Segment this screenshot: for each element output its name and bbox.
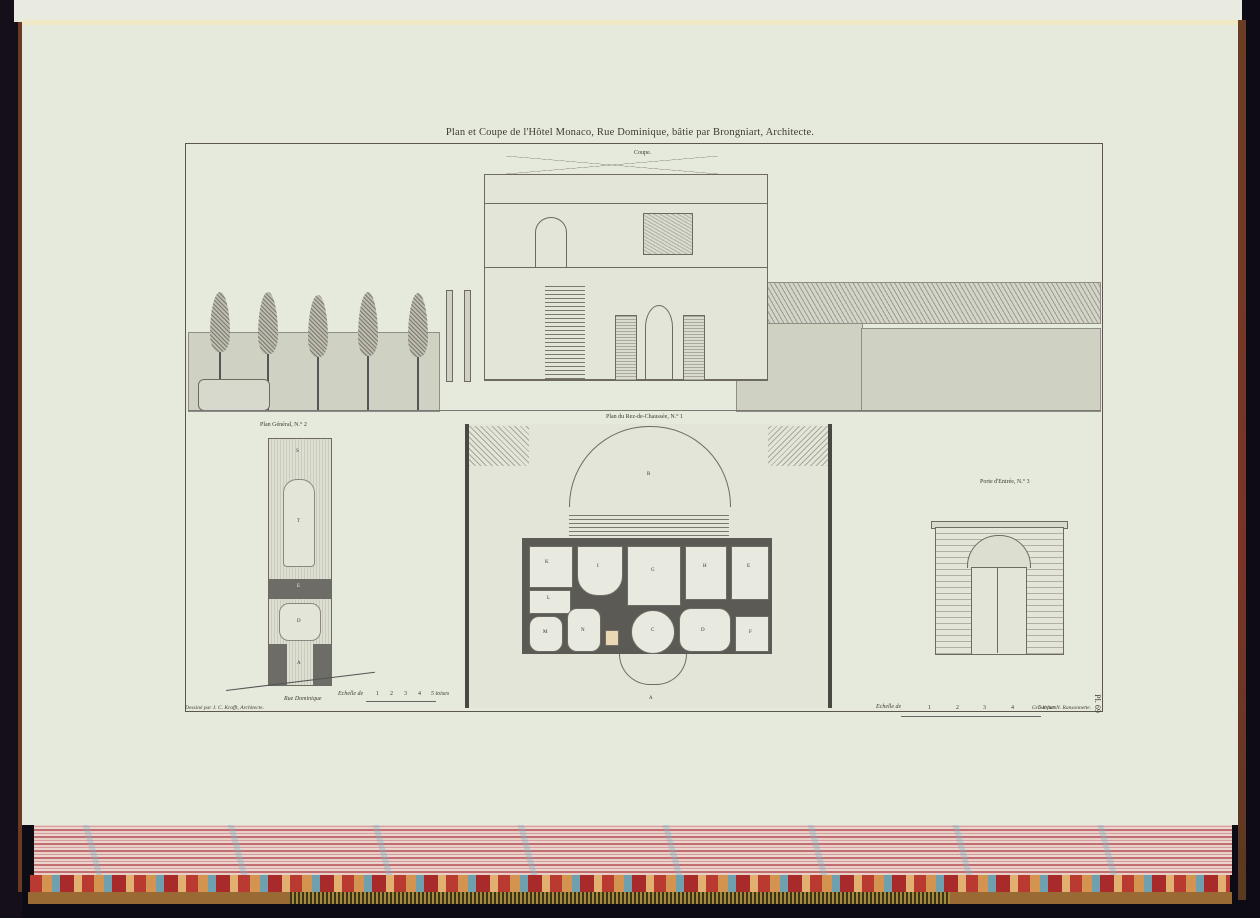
scale-tick-label: 3 (404, 691, 407, 697)
room-letter: D (701, 628, 705, 633)
room-letter: C (651, 628, 654, 633)
room-letter: A (649, 696, 653, 701)
room-letter: S (296, 449, 299, 454)
room-E (731, 546, 769, 600)
marbled-endpaper (30, 875, 1230, 893)
cypress-tree (358, 292, 378, 356)
spiral-staircase (545, 285, 585, 379)
upper-arched-niche (535, 217, 567, 268)
attic-floor-line (485, 203, 767, 204)
room-letter: R (647, 472, 650, 477)
engraver-credit: Gravé par N. Ransonnette. (1032, 705, 1091, 711)
scale-tick-label: 2 (956, 705, 959, 711)
service-wing-left (269, 644, 287, 685)
room-letter: D (297, 619, 301, 624)
room-I (577, 546, 623, 596)
room-letter: L (547, 596, 550, 601)
porte-entree-label: Porte d'Entrée, N.° 3 (980, 479, 1030, 485)
room-letter: T (297, 519, 300, 524)
room-letter: H (703, 564, 707, 569)
ground-arched-door (645, 305, 673, 380)
engraved-plate-page: Plan et Coupe de l'Hôtel Monaco, Rue Dom… (22, 25, 1238, 825)
carved-door-left (615, 315, 637, 381)
plan-rez-de-chaussee-drawing: R K I G H E L M N C D F A (465, 424, 832, 708)
room-letter: I (597, 564, 599, 569)
scale-label-right: Echelle de (876, 704, 901, 710)
plate-title: Plan et Coupe de l'Hôtel Monaco, Rue Dom… (22, 127, 1238, 138)
scale-label-left: Echelle de (338, 691, 363, 697)
room-letter: K (545, 560, 549, 565)
scale-tick-label: 4 (418, 691, 421, 697)
scale-bar-right (901, 716, 1041, 717)
scale-tick-label: 5 toises (431, 691, 449, 697)
street-label: Rue Dominique (284, 696, 322, 702)
portico-column (446, 290, 453, 382)
room-F (735, 616, 769, 652)
room-letter: A (297, 661, 301, 666)
scale-tick-label: 2 (390, 691, 393, 697)
cypress-tree (408, 293, 428, 357)
ground-line (188, 410, 1100, 411)
draughtsman-credit: Dessiné par J. C. Krafft, Architecte. (185, 705, 264, 711)
cypress-tree (210, 292, 230, 352)
scale-tick-label: 1 (928, 705, 931, 711)
room-letter: M (543, 630, 547, 635)
plan-general-label: Plan Général, N.° 2 (260, 422, 307, 428)
coupe-section-drawing (188, 174, 1100, 418)
painted-ceiling-panel (643, 213, 693, 255)
portico-column (464, 290, 471, 382)
marbled-fore-edge (34, 825, 1232, 875)
hotel-section-building (484, 174, 768, 381)
cypress-tree (308, 295, 328, 357)
plan-general-drawing: S T E D A (268, 438, 332, 686)
garden-terrace-steps (569, 514, 729, 536)
porte-entree-drawing (931, 517, 1066, 655)
garden-bed (469, 426, 529, 466)
roof-truss (506, 156, 718, 174)
scale-bar-left (366, 701, 436, 702)
tree-trunk (367, 356, 369, 410)
front-steps (619, 654, 687, 685)
double-door (971, 567, 1027, 655)
tree-trunk (417, 357, 419, 410)
room-letter: F (749, 630, 752, 635)
scale-tick-label: 3 (983, 705, 986, 711)
room-G (627, 546, 681, 606)
plate-number: Pl. 69 (1093, 694, 1102, 713)
plate-frame: Coupe. (185, 143, 1103, 712)
room-letter: N (581, 628, 585, 633)
first-floor-line (485, 267, 767, 268)
room-L (529, 590, 571, 614)
main-building-block (269, 579, 331, 599)
horse-carriage (198, 379, 270, 411)
arched-hedge-right (861, 328, 1101, 412)
tree-trunk (317, 357, 319, 410)
scale-tick-label: 1 (376, 691, 379, 697)
room-P (605, 630, 619, 646)
room-H (685, 546, 727, 600)
room-letter: E (747, 564, 750, 569)
garden-bed (768, 426, 828, 466)
facing-page-top (14, 0, 1242, 22)
carved-door-right (683, 315, 705, 381)
cypress-tree (258, 292, 278, 354)
room-letter: G (651, 568, 655, 573)
book-binding-edge-right (1238, 20, 1246, 900)
book-board-leather (290, 892, 950, 904)
tree-line-background (736, 282, 1101, 324)
semicircular-garden-steps (569, 426, 731, 507)
scale-tick-label: 4 (1011, 705, 1014, 711)
plan-rdc-label: Plan du Rez-de-Chaussée, N.° 1 (606, 414, 683, 420)
room-K (529, 546, 573, 588)
door-split (997, 567, 998, 653)
room-D (679, 608, 731, 652)
room-letter: E (297, 584, 300, 589)
book-background-right (1244, 0, 1260, 918)
